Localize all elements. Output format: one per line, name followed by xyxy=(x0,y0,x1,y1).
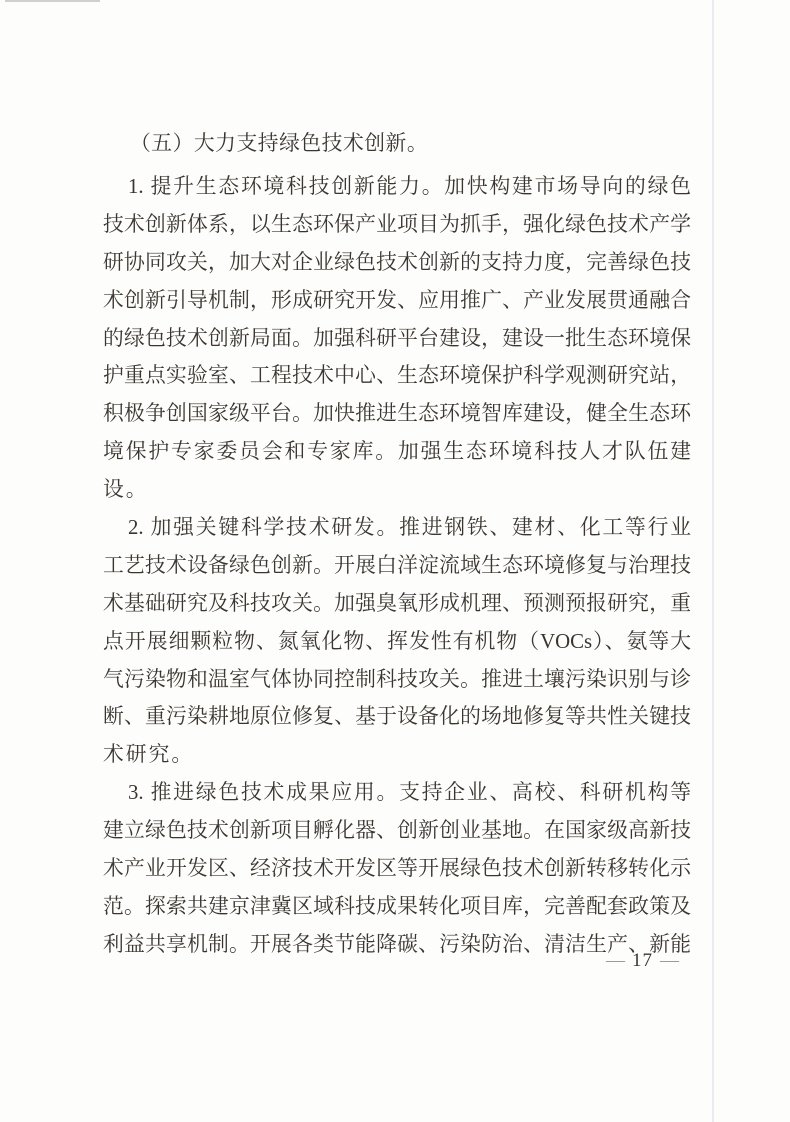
text-line: 建立绿色技术创新项目孵化器、创新创业基地。在国家级高新技 xyxy=(103,812,691,850)
text-line: 工艺技术设备绿色创新。开展白洋淀流域生态环境修复与治理技 xyxy=(103,547,691,585)
text-line: 术创新引导机制，形成研究开发、应用推广、产业发展贯通融合 xyxy=(103,282,691,320)
page-number-value: 17 xyxy=(632,950,653,971)
text-line: 范。探索共建京津冀区域科技成果转化项目库，完善配套政策及 xyxy=(103,888,691,926)
text-line: 1. 提升生态环境科技创新能力。加快构建市场导向的绿色 xyxy=(103,168,691,206)
text-line: 2. 加强关键科学技术研发。推进钢铁、建材、化工等行业 xyxy=(103,509,691,547)
text-line: 积极争创国家级平台。加快推进生态环境智库建设，健全生态环 xyxy=(103,395,691,433)
text-line: 气污染物和温室气体协同控制科技攻关。推进土壤污染识别与诊 xyxy=(103,661,691,699)
text-line: 研协同攻关，加大对企业绿色技术创新的支持力度，完善绿色技 xyxy=(103,244,691,282)
text-line: 术产业开发区、经济技术开发区等开展绿色技术创新转移转化示 xyxy=(103,850,691,888)
section-heading: （五）大力支持绿色技术创新。 xyxy=(103,128,691,160)
text-line: 3. 推进绿色技术成果应用。支持企业、高校、科研机构等 xyxy=(103,774,691,812)
document-page: （五）大力支持绿色技术创新。 1. 提升生态环境科技创新能力。加快构建市场导向的… xyxy=(0,0,790,1122)
page-number: —17— xyxy=(599,947,686,975)
text-line: 技术创新体系，以生态环保产业项目为抓手，强化绿色技术产学 xyxy=(103,206,691,244)
body-text-block: 1. 提升生态环境科技创新能力。加快构建市场导向的绿色 技术创新体系，以生态环保… xyxy=(103,168,691,964)
page-number-left-dash: — xyxy=(599,950,632,971)
scan-artifact-top-edge xyxy=(5,0,100,2)
scan-artifact-vertical-line xyxy=(712,0,714,1122)
text-line: 术基础研究及科技攻关。加强臭氧形成机理、预测预报研究，重 xyxy=(103,585,691,623)
text-line: 断、重污染耕地原位修复、基于设备化的场地修复等共性关键技 xyxy=(103,698,691,736)
text-line: 术研究。 xyxy=(103,736,691,774)
text-line: 护重点实验室、工程技术中心、生态环境保护科学观测研究站， xyxy=(103,357,691,395)
text-line: 境保护专家委员会和专家库。加强生态环境科技人才队伍建 xyxy=(103,433,691,471)
text-line: 点开展细颗粒物、氮氧化物、挥发性有机物（VOCs）、氨等大 xyxy=(103,623,691,661)
page-number-right-dash: — xyxy=(653,950,686,971)
text-line: 的绿色技术创新局面。加强科研平台建设，建设一批生态环境保 xyxy=(103,320,691,358)
text-line: 设。 xyxy=(103,471,691,509)
